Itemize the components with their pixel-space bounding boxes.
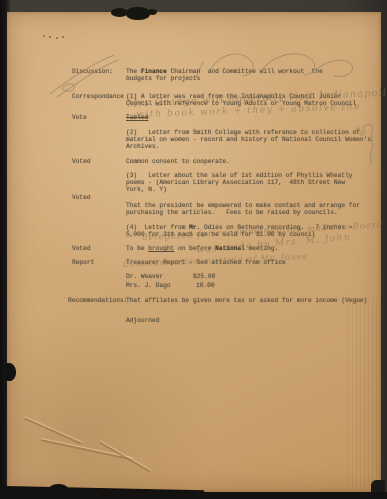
- pencil-slash: [196, 62, 203, 77]
- pencil-scribble: [210, 54, 253, 76]
- pencil-scribbles: [0, 0, 387, 499]
- pencil-strike-tabled: [126, 117, 150, 118]
- pencil-stroke: [50, 55, 114, 94]
- torn-edge-notch: [3, 363, 16, 381]
- scanned-document-page: Discussion: The Finance Chairman and Com…: [0, 0, 387, 499]
- pencil-margin-squiggle: [362, 124, 373, 165]
- pencil-loop: [62, 84, 74, 92]
- torn-edge-notch: [148, 9, 157, 15]
- pencil-scribble: [318, 60, 353, 76]
- scanner-bed-bottom: [0, 492, 387, 499]
- pencil-scribble: [262, 54, 315, 75]
- torn-edge-notch: [126, 7, 150, 20]
